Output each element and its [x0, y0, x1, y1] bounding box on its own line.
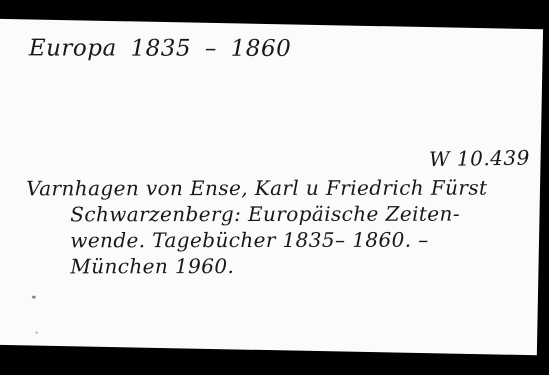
catalog-card: Europa 1835 – 1860 W 10.439 Varnhagen vo… [0, 19, 543, 355]
paper-speck [35, 332, 38, 334]
subject-heading: Europa 1835 – 1860 [29, 35, 291, 61]
entry-line: München 1960. [70, 253, 487, 280]
photograph-background: Europa 1835 – 1860 W 10.439 Varnhagen vo… [0, 0, 549, 375]
call-number: W 10.439 [429, 146, 530, 172]
paper-speck [32, 296, 36, 299]
bibliographic-entry: Varnhagen von Ense, Karl u Friedrich Für… [26, 175, 487, 280]
entry-line: wende. Tagebücher 1835– 1860. – [70, 227, 487, 254]
entry-line: Schwarzenberg: Europäische Zeiten- [70, 201, 487, 228]
entry-line: Varnhagen von Ense, Karl u Friedrich Für… [26, 175, 487, 202]
